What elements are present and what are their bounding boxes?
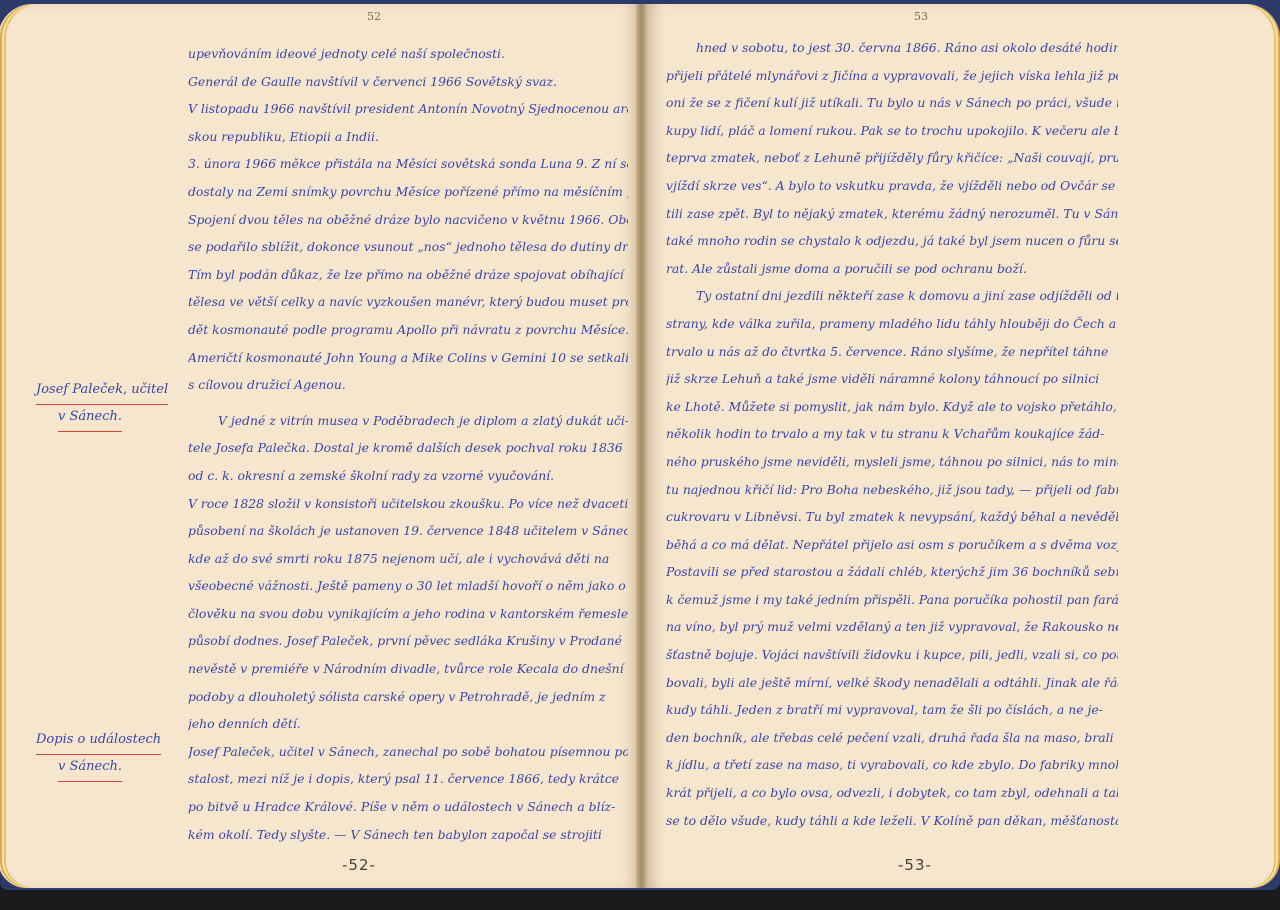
left-page-text: upevňováním ideové jednoty celé naší spo… xyxy=(188,40,628,848)
text-line: vjíždí skrze ves“. A bylo to vskutku pra… xyxy=(666,172,1118,200)
page-number-top: 53 xyxy=(914,10,928,23)
text-line: Spojení dvou těles na oběžné dráze bylo … xyxy=(188,206,628,234)
text-line: již skrze Lehuň a také jsme viděli náram… xyxy=(666,365,1118,393)
text-line: šťastně bojuje. Vojáci navštívili židovk… xyxy=(666,641,1118,669)
page-number-bottom: -53- xyxy=(898,856,932,874)
text-line: tili zase zpět. Byl to nějaký zmatek, kt… xyxy=(666,200,1118,228)
text-line: skou republiku, Etiopii a Indii. xyxy=(188,123,628,151)
text-line: bovali, byli ale ještě mírní, velké škod… xyxy=(666,669,1118,697)
text-line: ného pruského jsme neviděli, mysleli jsm… xyxy=(666,448,1118,476)
left-page: 52 Josef Paleček, učitel v Sánech. Dopis… xyxy=(6,4,638,888)
text-line: běhá a co má dělat. Nepřátel přijelo asi… xyxy=(666,531,1118,559)
right-page: 53 hned v sobotu, to jest 30. června 186… xyxy=(648,4,1274,888)
text-line: trvalo u nás až do čtvrtka 5. července. … xyxy=(666,338,1118,366)
text-line: na víno, byl prý muž velmi vzdělaný a te… xyxy=(666,613,1118,641)
text-line: hned v sobotu, to jest 30. června 1866. … xyxy=(666,34,1118,62)
text-line: člověku na svou dobu vynikajícím a jeho … xyxy=(188,600,628,628)
text-line: Generál de Gaulle navštívil v červenci 1… xyxy=(188,68,628,96)
text-line: strany, kde válka zuřila, prameny mladéh… xyxy=(666,310,1118,338)
text-line: ke Lhotě. Můžete si pomyslit, jak nám by… xyxy=(666,393,1118,421)
text-line: Postavili se před starostou a žádali chl… xyxy=(666,558,1118,586)
text-line: několik hodin to trvalo a my tak v tu st… xyxy=(666,420,1118,448)
margin-note-line: Josef Paleček, učitel xyxy=(36,378,168,405)
text-line: kupy lidí, pláč a lomení rukou. Pak se t… xyxy=(666,117,1118,145)
margin-note-letter: Dopis o událostech v Sánech. xyxy=(36,728,161,782)
text-line: dět kosmonauté podle programu Apollo při… xyxy=(188,316,628,344)
text-line: tele Josefa Palečka. Dostal je kromě dal… xyxy=(188,434,628,462)
text-line: přijeli přátelé mlynářovi z Jičína a vyp… xyxy=(666,62,1118,90)
text-line: Američtí kosmonauté John Young a Mike Co… xyxy=(188,344,628,372)
text-line: k jídlu, a třetí zase na maso, ti vyrabo… xyxy=(666,751,1118,779)
text-line: kde až do své smrti roku 1875 nejenom uč… xyxy=(188,545,628,573)
text-line: upevňováním ideové jednoty celé naší spo… xyxy=(188,40,628,68)
text-line: tělesa ve větší celky a navíc vyzkoušen … xyxy=(188,288,628,316)
text-line: rat. Ale zůstali jsme doma a poručili se… xyxy=(666,255,1118,283)
text-line: působení na školách je ustanoven 19. čer… xyxy=(188,517,628,545)
text-line: s cílovou družicí Agenou. xyxy=(188,371,628,399)
text-line: cukrovaru v Libněvsi. Tu byl zmatek k ne… xyxy=(666,503,1118,531)
text-line: od c. k. okresní a zemské školní rady za… xyxy=(188,462,628,490)
text-line: stalost, mezi níž je i dopis, který psal… xyxy=(188,765,628,793)
text-line: Tím byl podán důkaz, že lze přímo na obě… xyxy=(188,261,628,289)
text-line: den bochník, ale třebas celé pečení vzal… xyxy=(666,724,1118,752)
text-line: také mnoho rodin se chystalo k odjezdu, … xyxy=(666,227,1118,255)
margin-note-line: v Sánech. xyxy=(58,405,122,432)
text-line: Josef Paleček, učitel v Sánech, zanechal… xyxy=(188,738,628,766)
text-line: V jedné z vitrín musea v Poděbradech je … xyxy=(188,407,628,435)
margin-note-line: Dopis o událostech xyxy=(36,728,161,755)
text-line: jeho denních dětí. xyxy=(188,710,628,738)
text-line: V listopadu 1966 navštívil president Ant… xyxy=(188,95,628,123)
text-line: tu najednou křičí lid: Pro Boha nebeskéh… xyxy=(666,476,1118,504)
margin-note-palecek: Josef Paleček, učitel v Sánech. xyxy=(36,378,168,432)
text-line: se to dělo všude, kudy táhli a kde ležel… xyxy=(666,807,1118,835)
text-line: podoby a dlouholetý sólista carské opery… xyxy=(188,683,628,711)
right-page-text: hned v sobotu, to jest 30. června 1866. … xyxy=(666,34,1118,834)
text-line: působí dodnes. Josef Paleček, první pěve… xyxy=(188,627,628,655)
text-line: kém okolí. Tedy slyšte. — V Sánech ten b… xyxy=(188,821,628,849)
text-line: V roce 1828 složil v konsistoři učitelsk… xyxy=(188,490,628,518)
text-line: teprva zmatek, neboť z Lehuně přijížděly… xyxy=(666,144,1118,172)
text-line: kudy táhli. Jeden z bratří mi vypravoval… xyxy=(666,696,1118,724)
text-line: oni že se z fičení kulí již utíkali. Tu … xyxy=(666,89,1118,117)
text-line: k čemuž jsme i my také jedním přispěli. … xyxy=(666,586,1118,614)
text-line: 3. února 1966 měkce přistála na Měsíci s… xyxy=(188,150,628,178)
text-line: se podařilo sblížit, dokonce vsunout „no… xyxy=(188,233,628,261)
margin-note-line: v Sánech. xyxy=(58,755,122,782)
text-line: dostaly na Zemi snímky povrchu Měsíce po… xyxy=(188,178,628,206)
text-line: po bitvě u Hradce Králové. Píše v něm o … xyxy=(188,793,628,821)
text-line: Ty ostatní dni jezdili někteří zase k do… xyxy=(666,282,1118,310)
page-number-bottom: -52- xyxy=(342,856,376,874)
text-line: krát přijeli, a co bylo ovsa, odvezli, i… xyxy=(666,779,1118,807)
page-number-top: 52 xyxy=(367,10,381,23)
text-line: všeobecné vážnosti. Ještě pameny o 30 le… xyxy=(188,572,628,600)
text-line: nevěstě v premiéře v Národním divadle, t… xyxy=(188,655,628,683)
